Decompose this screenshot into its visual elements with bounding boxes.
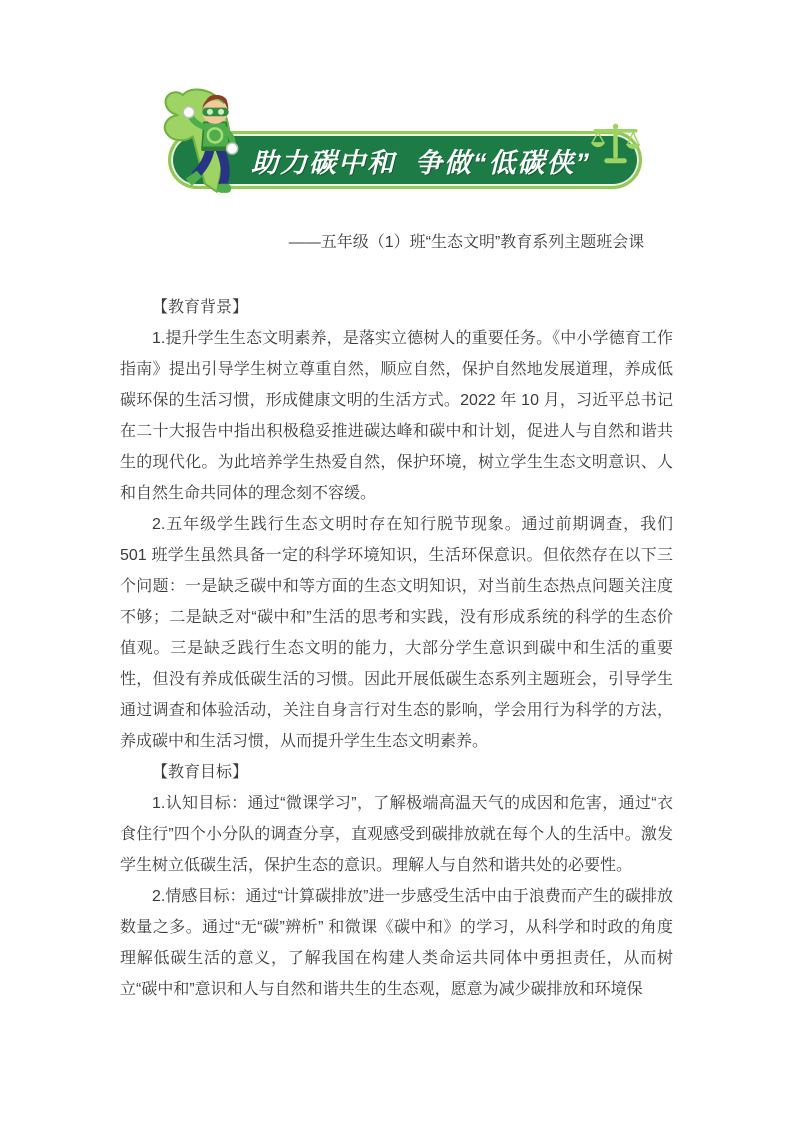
document-subtitle: ——五年级（1）班“生态文明”教育系列主题班会课 <box>0 231 793 255</box>
paragraph-background-1: 1.提升学生生态文明素养，是落实立德树人的重要任务。《中小学德育工作指南》提出引… <box>120 323 673 509</box>
balance-scale-icon <box>589 121 643 165</box>
banner: 助力碳中和 争做“低碳侠” <box>0 85 793 215</box>
section-heading-goals: 【教育目标】 <box>120 757 673 788</box>
document-page: 助力碳中和 争做“低碳侠” <box>0 0 793 1122</box>
section-heading-background: 【教育背景】 <box>120 292 673 323</box>
eco-hero-mascot-icon <box>158 87 270 213</box>
document-body: 【教育背景】 1.提升学生生态文明素养，是落实立德树人的重要任务。《中小学德育工… <box>120 292 673 1005</box>
banner-title: 助力碳中和 争做“低碳侠” <box>251 141 591 180</box>
paragraph-goal-emotional: 2.情感目标：通过“计算碳排放”进一步感受生活中由于浪费而产生的碳排放数量之多。… <box>120 881 673 1005</box>
paragraph-background-2: 2.五年级学生践行生态文明时存在知行脱节现象。通过前期调查，我们 501 班学生… <box>120 509 673 757</box>
paragraph-goal-cognitive: 1.认知目标：通过“微课学习”，了解极端高温天气的成因和危害，通过“衣食住行”四… <box>120 788 673 881</box>
